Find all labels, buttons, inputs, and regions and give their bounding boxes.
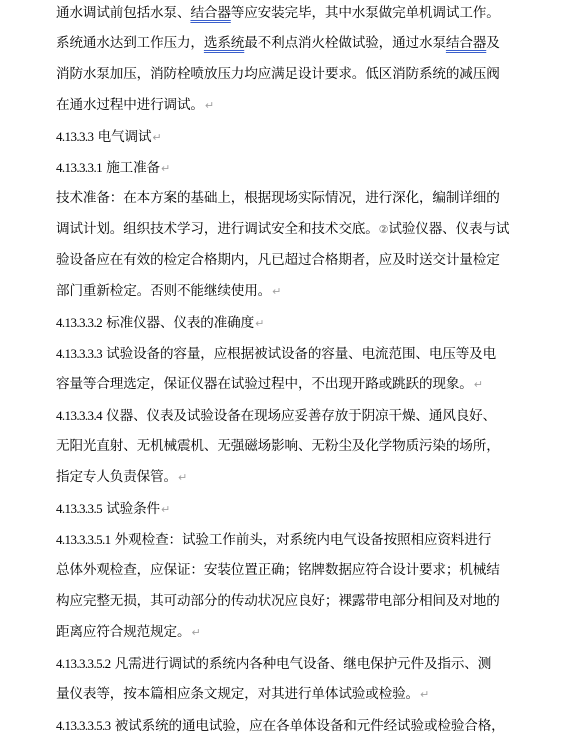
- document-page: 通水调试前包括水泵、结合器等应安装完毕，其中水泵做完单机调试工作。 系统通水达到…: [56, 0, 516, 741]
- text-line: 无阳光直射、无机械震机、无强磁场影响、无粉尘及化学物质污染的场所，: [56, 431, 516, 462]
- text: 最不利点消火栓做试验，通过水泵: [244, 35, 446, 51]
- text: 消防水泵加压，消防栓喷放压力均应满足设计要求。低区消防系统的减压阀: [56, 66, 500, 82]
- grammar-flagged-text[interactable]: 结合器: [446, 35, 486, 51]
- text-line: 4.13.3.3.5.2 凡需进行调试的系统内各种电气设备、继电保护元件及指示、…: [56, 648, 516, 679]
- text-line: 调试计划。组织技术学习，进行调试安全和技术交底。②试验仪器、仪表与试: [56, 214, 516, 245]
- text: 构应完整无损，其可动部分的传动状况应良好；裸露带电部分相间及对地的: [56, 593, 500, 609]
- text-line: 距离应符合规范规定。↵: [56, 617, 516, 648]
- paragraph-mark-icon: ↵: [255, 317, 264, 330]
- text: 凡需进行调试的系统内各种电气设备、继电保护元件及指示、测: [111, 656, 492, 672]
- paragraph-mark-icon: ↵: [152, 131, 161, 144]
- paragraph-mark-icon: ↵: [420, 688, 429, 701]
- paragraph-mark-icon: ↵: [161, 503, 170, 516]
- text-line: 指定专人负责保管。↵: [56, 462, 516, 493]
- grammar-flagged-text[interactable]: 选系统: [204, 35, 244, 51]
- text-line: 部门重新检定。否则不能继续使用。↵: [56, 276, 516, 307]
- text: 及: [486, 35, 499, 51]
- section-number: 4.13.3.3.5: [56, 501, 102, 516]
- paragraph-mark-icon: ↵: [161, 162, 170, 175]
- section-number: 4.13.3.3.2: [56, 315, 102, 330]
- text: 在通水过程中进行调试。: [56, 97, 204, 113]
- text: 部门重新检定。否则不能继续使用。: [56, 283, 271, 299]
- text-line: 4.13.3.3.5.3 被试系统的通电试验，应在各单体设备和元件经试验或检验合…: [56, 710, 516, 741]
- text-line: 量仪表等，按本篇相应条文规定，对其进行单体试验或检验。↵: [56, 679, 516, 710]
- section-heading: 4.13.3.3.2 标准仪器、仪表的准确度↵: [56, 307, 516, 338]
- text-line: 消防水泵加压，消防栓喷放压力均应满足设计要求。低区消防系统的减压阀: [56, 59, 516, 90]
- section-number: 4.13.3.3.5.3: [56, 718, 111, 733]
- section-title: 施工准备: [106, 160, 160, 176]
- paragraph-mark-icon: ↵: [272, 285, 281, 298]
- text: 容量等合理选定，保证仪器在试验过程中，不出现开路或跳跃的现象。: [56, 376, 473, 392]
- section-number: 4.13.3.3.5.1: [56, 532, 111, 547]
- section-heading: 4.13.3.3.1 施工准备↵: [56, 152, 516, 183]
- text: 试验仪器、仪表与试: [388, 221, 509, 237]
- text-line: 容量等合理选定，保证仪器在试验过程中，不出现开路或跳跃的现象。↵: [56, 369, 516, 400]
- text-line: 技术准备：在本方案的基础上，根据现场实际情况，进行深化，编制详细的: [56, 183, 516, 214]
- text: 量仪表等，按本篇相应条文规定，对其进行单体试验或检验。: [56, 686, 419, 702]
- text: 仪器、仪表及试验设备在现场应妥善存放于阴凉干燥、通风良好、: [102, 408, 496, 424]
- text-line: 系统通水达到工作压力，选系统最不利点消火栓做试验，通过水泵结合器及: [56, 28, 516, 59]
- text: 试验设备的容量，应根据被试设备的容量、电流范围、电压等及电: [102, 346, 496, 362]
- text: 技术准备：在本方案的基础上，根据现场实际情况，进行深化，编制详细的: [56, 190, 500, 206]
- section-heading: 4.13.3.3.5 试验条件↵: [56, 493, 516, 524]
- section-title: 试验条件: [106, 501, 160, 517]
- text-line: 4.13.3.3.3 试验设备的容量，应根据被试设备的容量、电流范围、电压等及电: [56, 338, 516, 369]
- text-line: 4.13.3.3.5.1 外观检查：试验工作前头，对系统内电气设备按照相应资料进…: [56, 524, 516, 555]
- section-heading: 4.13.3.3 电气调试↵: [56, 121, 516, 152]
- paragraph-mark-icon: ↵: [191, 626, 200, 639]
- section-number: 4.13.3.3.5.2: [56, 656, 111, 671]
- section-number: 4.13.3.3: [56, 129, 93, 144]
- text: 验设备应在有效的检定合格期内，凡已超过合格期者，应及时送交计量检定: [56, 252, 500, 268]
- text: 等应安装完毕，其中水泵做完单机调试工作。: [231, 5, 500, 21]
- section-number: 4.13.3.3.3: [56, 346, 102, 361]
- section-title: 电气调试: [98, 129, 152, 145]
- section-number: 4.13.3.3.1: [56, 160, 102, 175]
- paragraph-mark-icon: ↵: [178, 471, 187, 484]
- text: 指定专人负责保管。: [56, 469, 177, 485]
- text: 外观检查：试验工作前头，对系统内电气设备按照相应资料进行: [111, 532, 492, 548]
- section-title: 标准仪器、仪表的准确度: [106, 315, 254, 331]
- text-line: 构应完整无损，其可动部分的传动状况应良好；裸露带电部分相间及对地的: [56, 586, 516, 617]
- text: 系统通水达到工作压力，: [56, 35, 204, 51]
- text: 被试系统的通电试验，应在各单体设备和元件经试验或检验合格，: [111, 718, 505, 734]
- grammar-flagged-text[interactable]: 结合器: [190, 5, 230, 21]
- text: 总体外观检查，应保证：安装位置正确；铭牌数据应符合设计要求；机械结: [56, 562, 500, 578]
- section-number: 4.13.3.3.4: [56, 408, 102, 423]
- circled-number-two-icon: ②: [379, 223, 389, 236]
- paragraph-mark-icon: ↵: [205, 99, 214, 112]
- text-line: 通水调试前包括水泵、结合器等应安装完毕，其中水泵做完单机调试工作。: [56, 0, 516, 28]
- paragraph-mark-icon: ↵: [474, 378, 483, 391]
- text-line: 4.13.3.3.4 仪器、仪表及试验设备在现场应妥善存放于阴凉干燥、通风良好、: [56, 400, 516, 431]
- text: 调试计划。组织技术学习，进行调试安全和技术交底。: [56, 221, 379, 237]
- text: 距离应符合规范规定。: [56, 624, 190, 640]
- text-line: 在通水过程中进行调试。↵: [56, 90, 516, 121]
- text: 无阳光直射、无机械震机、无强磁场影响、无粉尘及化学物质污染的场所，: [56, 438, 500, 454]
- text-line: 验设备应在有效的检定合格期内，凡已超过合格期者，应及时送交计量检定: [56, 245, 516, 276]
- text: 通水调试前包括水泵、: [56, 5, 190, 21]
- text-line: 总体外观检查，应保证：安装位置正确；铭牌数据应符合设计要求；机械结: [56, 555, 516, 586]
